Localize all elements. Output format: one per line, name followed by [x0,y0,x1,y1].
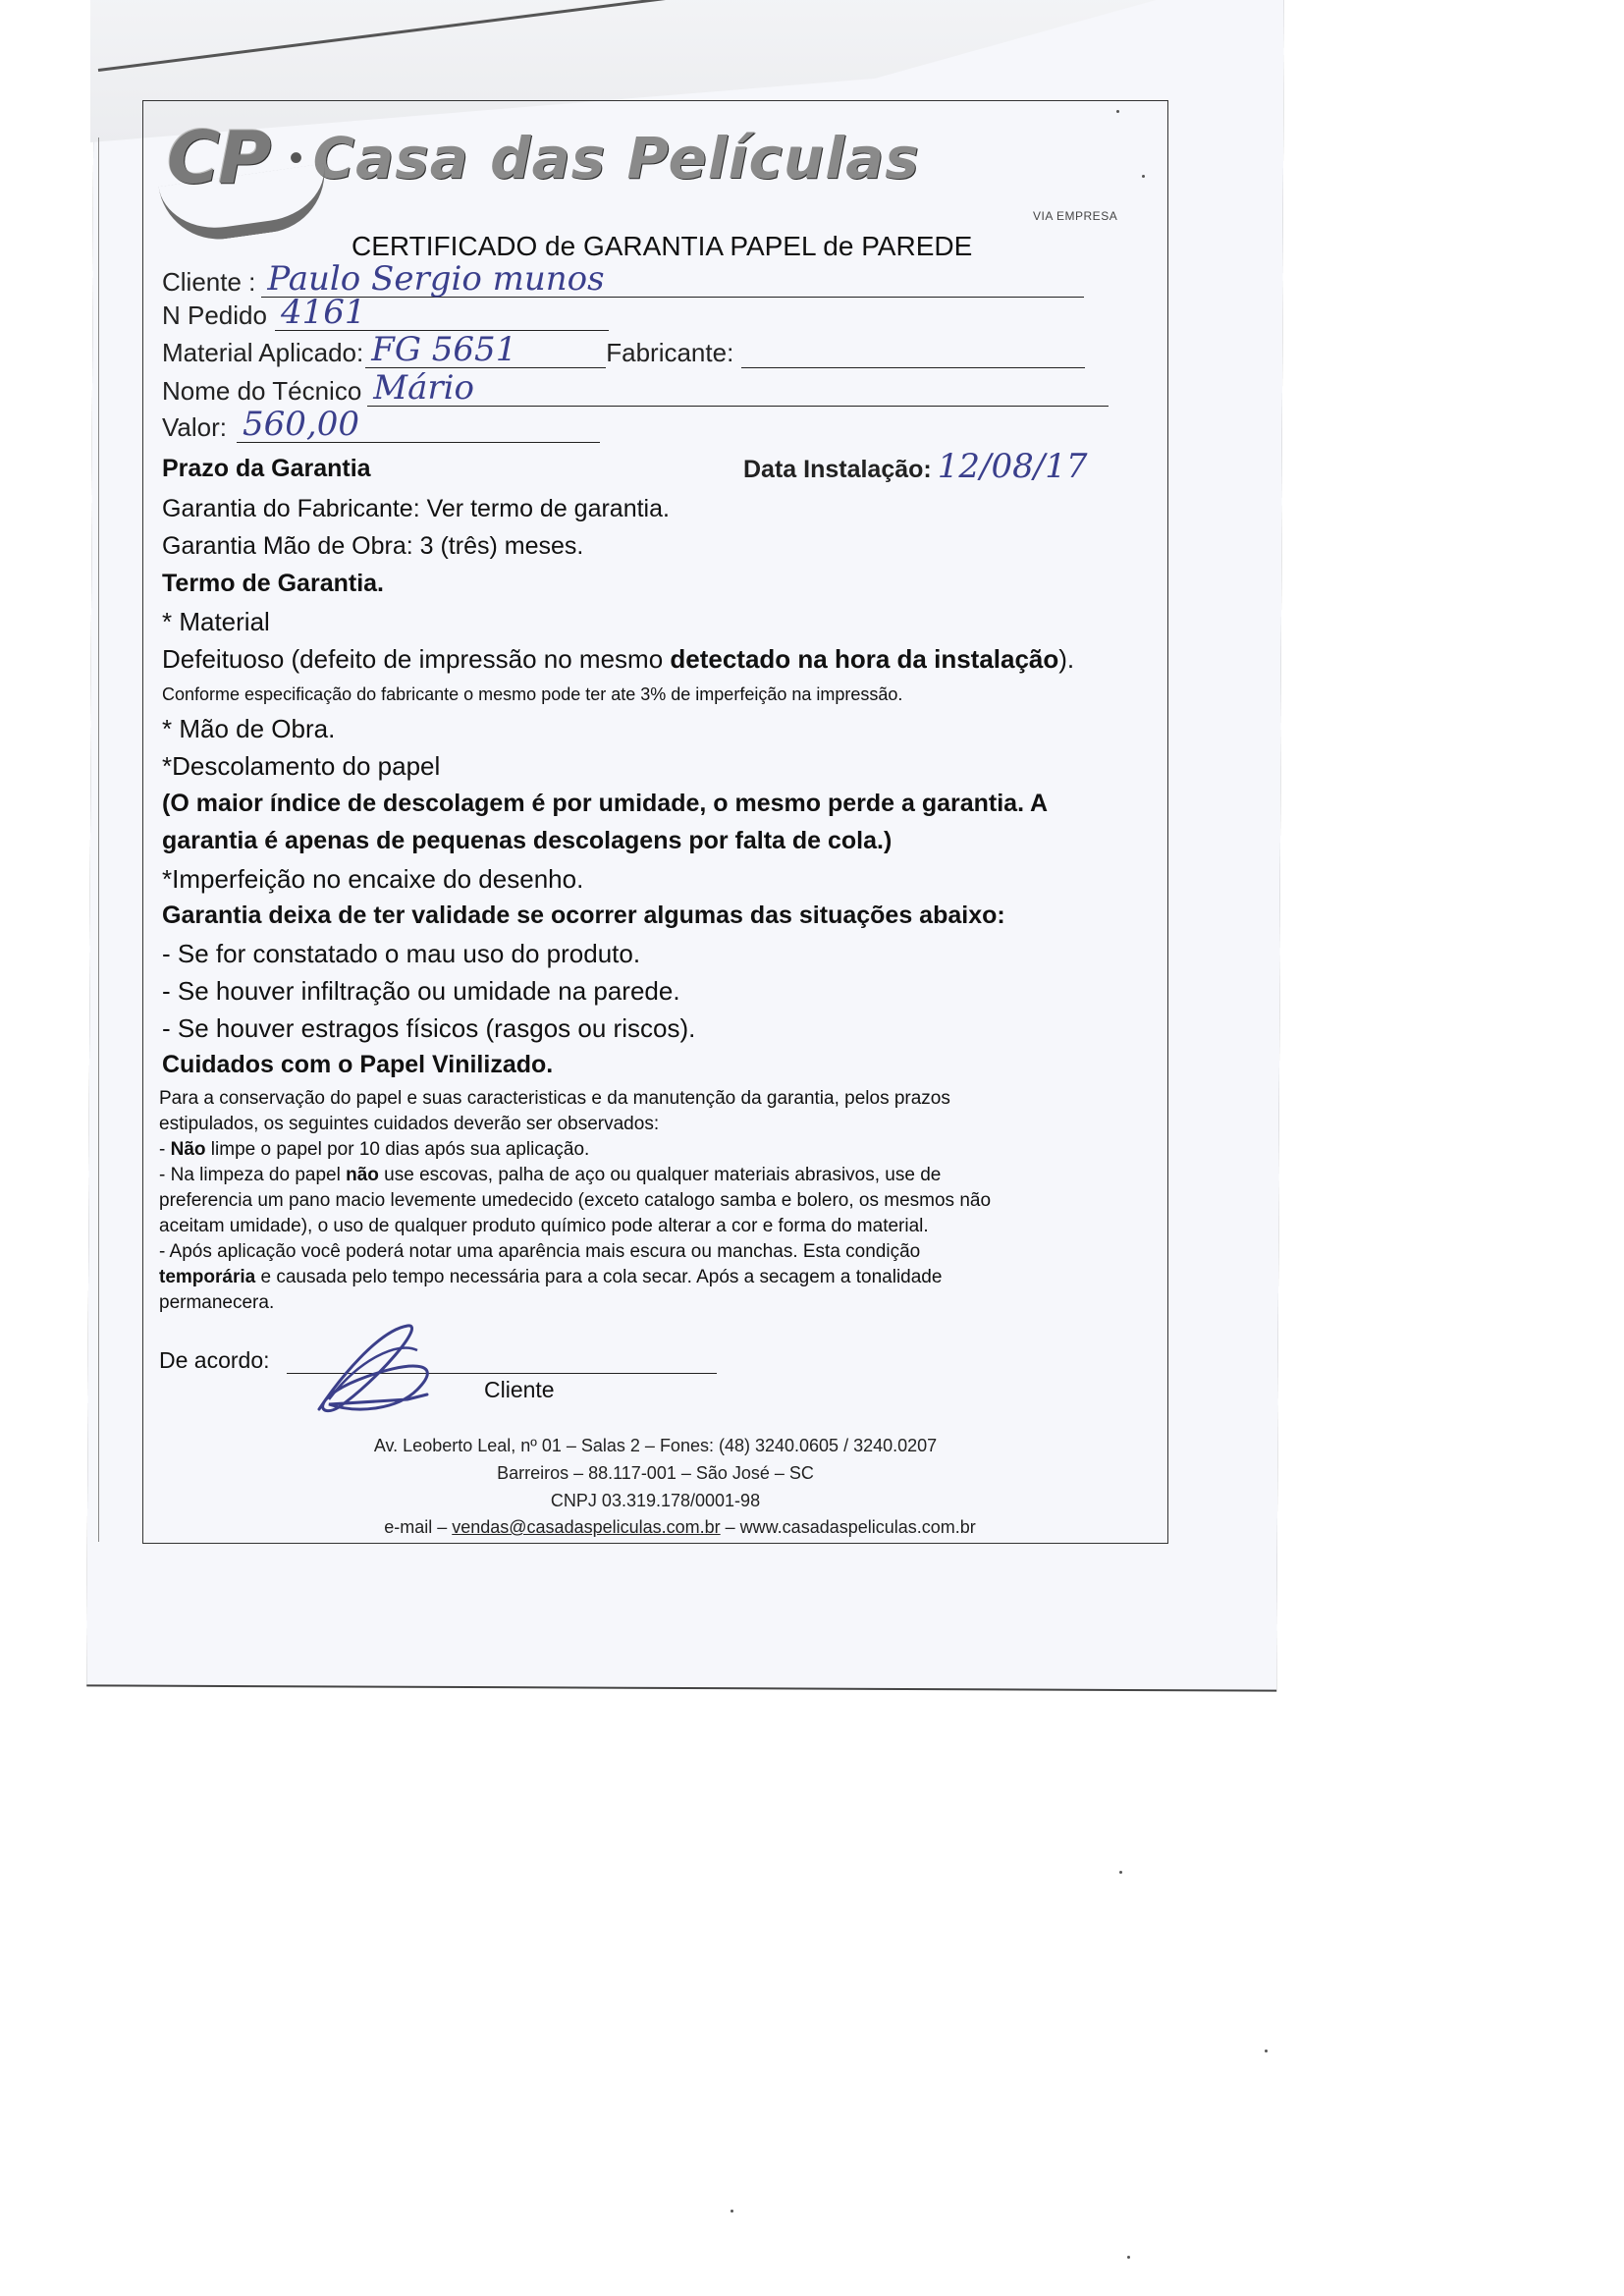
email-prefix: e-mail – [384,1517,452,1537]
void-item-2: - Se houver infiltração ou umidade na pa… [162,976,680,1007]
value-field: Valor: 560,00 [162,412,600,443]
defect-text-end: ). [1058,644,1074,674]
care-item-2-end: use escovas, palha de aço ou qualquer ma… [379,1165,941,1185]
defect-text-start: Defeituoso (defeito de impressão no mesm… [162,644,670,674]
detach-note-line-1: (O maior índice de descolagem é por umid… [162,790,1048,818]
signer-label: Cliente [484,1377,555,1403]
void-heading: Garantia deixa de ter validade se ocorre… [162,902,1005,930]
detach-item: *Descolamento do papel [162,751,440,782]
scan-speck [1127,2256,1130,2259]
footer-cnpj: CNPJ 03.319.178/0001-98 [142,1491,1168,1511]
terms-heading: Termo de Garantia. [162,570,384,598]
technician-label: Nome do Técnico [162,376,361,407]
material-item: * Material [162,607,270,637]
care-item-1-text: limpe o papel por 10 dias após sua aplic… [206,1139,590,1160]
footer-address: Av. Leoberto Leal, nº 01 – Salas 2 – Fon… [142,1436,1168,1456]
client-label: Cliente : [162,267,255,298]
copy-label: VIA EMPRESA [1033,209,1117,223]
care-item-2-line-1: - Na limpeza do papel não use escovas, p… [159,1163,941,1188]
agree-label: De acordo: [159,1347,270,1374]
care-item-2-bold: não [346,1165,379,1185]
care-item-2-line-3: aceitam umidade), o uso de qualquer prod… [159,1214,929,1239]
install-date-field: Data Instalação: 12/08/17 [743,455,1104,484]
care-item-3-line-2: temporária e causada pelo tempo necessár… [159,1265,942,1290]
install-date-label: Data Instalação: [743,456,932,484]
scan-speck [1116,110,1119,113]
company-logo: CP • Casa das Películas [167,116,920,200]
care-item-1-bold: Não [171,1139,206,1160]
warranty-term-label: Prazo da Garantia [162,455,371,483]
manufacturer-warranty: Garantia do Fabricante: Ver termo de gar… [162,495,670,523]
company-name: Casa das Películas [313,125,920,191]
labor-item: * Mão de Obra. [162,714,335,744]
scan-speck [1142,175,1145,178]
care-item-2-start: - Na limpeza do papel [159,1165,346,1185]
material-value: FG 5651 [371,330,516,369]
client-signature [299,1321,466,1419]
detach-note-line-2: garantia é apenas de pequenas descolagen… [162,827,892,855]
value-amount: 560,00 [243,405,359,444]
paper-left-edge [98,137,99,1542]
defect-text-bold: detectado na hora da instalação [670,644,1058,674]
care-intro-1: Para a conservação do papel e suas carac… [159,1086,950,1112]
email-link[interactable]: vendas@casadaspeliculas.com.br [452,1517,720,1537]
void-item-1: - Se for constatado o mau uso do produto… [162,939,640,969]
care-heading: Cuidados com o Papel Vinilizado. [162,1051,553,1079]
document-title: CERTIFICADO de GARANTIA PAPEL de PAREDE [352,231,972,262]
order-field: N Pedido 4161 [162,301,609,331]
footer-city: Barreiros – 88.117-001 – São José – SC [142,1463,1168,1484]
scan-speck [1119,1871,1122,1874]
technician-field: Nome do Técnico Mário [162,376,1109,407]
defect-text: Defeituoso (defeito de impressão no mesm… [162,644,1074,675]
material-label: Material Aplicado: [162,338,363,368]
scan-speck [1265,2050,1268,2052]
contact-separator: – [721,1517,740,1537]
order-label: N Pedido [162,301,267,331]
order-value: 4161 [281,293,366,332]
footer-contact: e-mail – vendas@casadaspeliculas.com.br … [142,1517,1168,1538]
void-item-3: - Se houver estragos físicos (rasgos ou … [162,1013,695,1044]
spec-note: Conforme especificação do fabricante o m… [162,684,902,705]
website-link[interactable]: www.casadaspeliculas.com.br [740,1517,976,1537]
care-item-3-line-1: - Após aplicação você poderá notar uma a… [159,1239,920,1265]
material-field: Material Aplicado: FG 5651 Fabricante: [162,338,1085,368]
care-item-1: - Não limpe o papel por 10 dias após sua… [159,1137,589,1163]
care-item-3-line-3: permanecera. [159,1290,274,1316]
install-date-value: 12/08/17 [938,447,1088,486]
manufacturer-label: Fabricante: [606,338,733,368]
care-item-3-text: e causada pelo tempo necessária para a c… [255,1267,942,1287]
labor-warranty: Garantia Mão de Obra: 3 (três) meses. [162,532,583,561]
pattern-item: *Imperfeição no encaixe do desenho. [162,864,583,895]
care-item-3-bold: temporária [159,1267,255,1287]
technician-value: Mário [373,368,474,408]
care-intro-2: estipulados, os seguintes cuidados dever… [159,1112,659,1137]
value-label: Valor: [162,412,227,443]
care-item-2-line-2: preferencia um pano macio levemente umed… [159,1188,991,1214]
scan-speck [731,2210,733,2213]
